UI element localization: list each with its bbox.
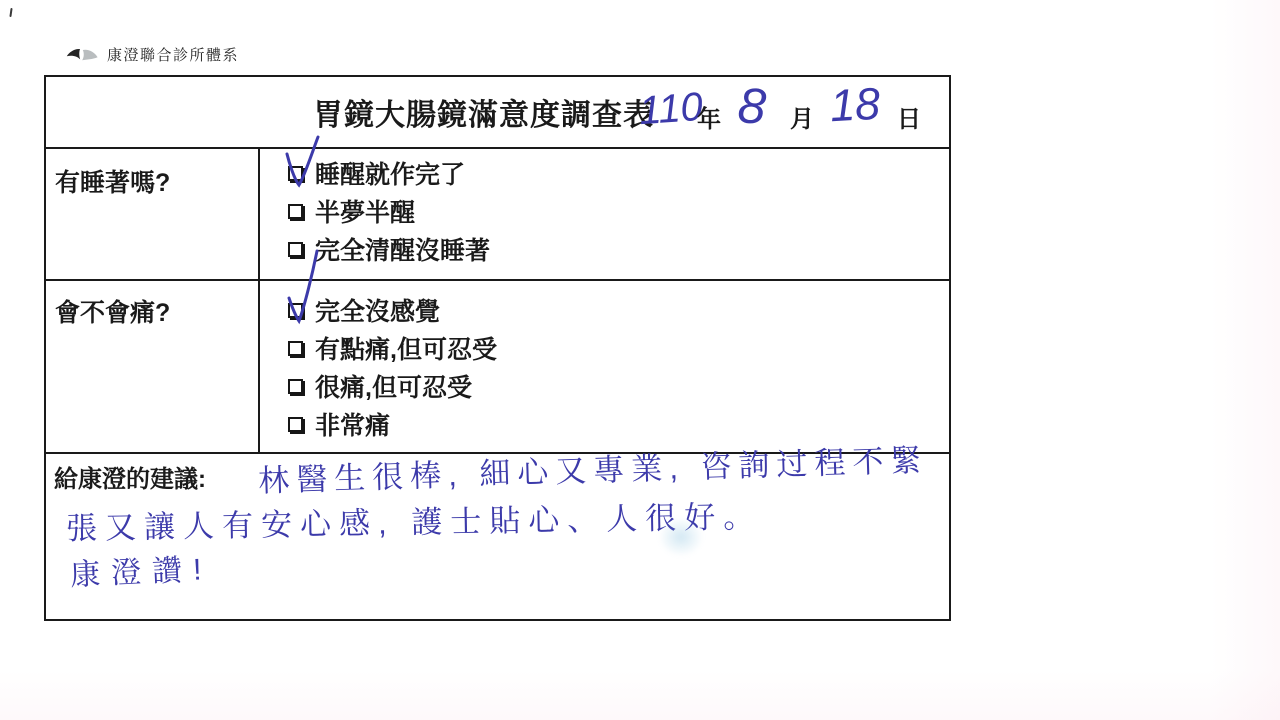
- scanned-survey-page: { "logo": { "text": "康澄聯合診所體系", "icon": …: [0, 0, 1280, 720]
- option-label: 睡醒就作完了: [315, 155, 465, 191]
- clinic-logo: 康澄聯合診所體系: [66, 44, 239, 65]
- option-row: 非常痛: [288, 410, 497, 438]
- handwriting-line-1: 林醫生很棒, 細心又專業, 咨詢过程不緊: [257, 434, 929, 500]
- question-sleep-label: 有睡著嗎?: [55, 163, 170, 199]
- date-year-label: 年: [697, 99, 721, 134]
- date-month-handwritten: 8: [736, 76, 768, 136]
- option-label: 半夢半醒: [315, 193, 415, 229]
- scan-edge-tint: [1210, 0, 1280, 720]
- clinic-logo-text: 康澄聯合診所體系: [107, 44, 239, 65]
- scan-artifact-mark: [9, 8, 12, 17]
- checkbox-icon: [288, 303, 303, 318]
- option-row: 完全清醒沒睡著: [288, 235, 490, 263]
- scan-edge-tint: [0, 670, 1280, 720]
- row-divider: [46, 147, 949, 149]
- date-day-label: 日: [897, 99, 921, 134]
- handwriting-line-3: 康澄讚!: [69, 544, 213, 594]
- question-pain-label: 會不會痛?: [55, 293, 170, 329]
- form-title: 胃鏡大腸鏡滿意度調查表: [313, 90, 654, 134]
- options-pain: 完全沒感覺 有點痛,但可忍受 很痛,但可忍受 非常痛: [288, 296, 497, 438]
- handwriting-line-2: 張又讓人有安心感, 護士貼心、人很好。: [66, 491, 763, 548]
- checkbox-icon: [288, 242, 303, 257]
- date-year-handwritten: 110: [638, 85, 705, 134]
- checkbox-icon: [288, 417, 303, 432]
- option-row: 很痛,但可忍受: [288, 372, 497, 400]
- suggestion-label: 給康澄的建議:: [54, 459, 206, 494]
- row-divider: [46, 279, 949, 281]
- column-divider: [258, 147, 260, 452]
- checkbox-icon: [288, 379, 303, 394]
- option-row: 半夢半醒: [288, 197, 490, 225]
- option-row: 完全沒感覺: [288, 296, 497, 324]
- checkbox-icon: [288, 341, 303, 356]
- crescent-leaves-icon: [66, 47, 100, 63]
- option-label: 有點痛,但可忍受: [315, 330, 497, 366]
- checkbox-icon: [288, 204, 303, 219]
- option-label: 完全沒感覺: [315, 292, 440, 328]
- checkbox-icon: [288, 166, 303, 181]
- date-day-handwritten: 18: [829, 78, 882, 133]
- option-label: 非常痛: [315, 406, 390, 442]
- date-month-label: 月: [790, 99, 814, 134]
- option-row: 有點痛,但可忍受: [288, 334, 497, 362]
- option-label: 完全清醒沒睡著: [315, 231, 490, 267]
- survey-form: 胃鏡大腸鏡滿意度調查表 110 年 8 月 18 日 有睡著嗎? 睡醒就作完了 …: [44, 75, 951, 621]
- option-label: 很痛,但可忍受: [315, 368, 472, 404]
- option-row: 睡醒就作完了: [288, 159, 490, 187]
- options-sleep: 睡醒就作完了 半夢半醒 完全清醒沒睡著: [288, 159, 490, 263]
